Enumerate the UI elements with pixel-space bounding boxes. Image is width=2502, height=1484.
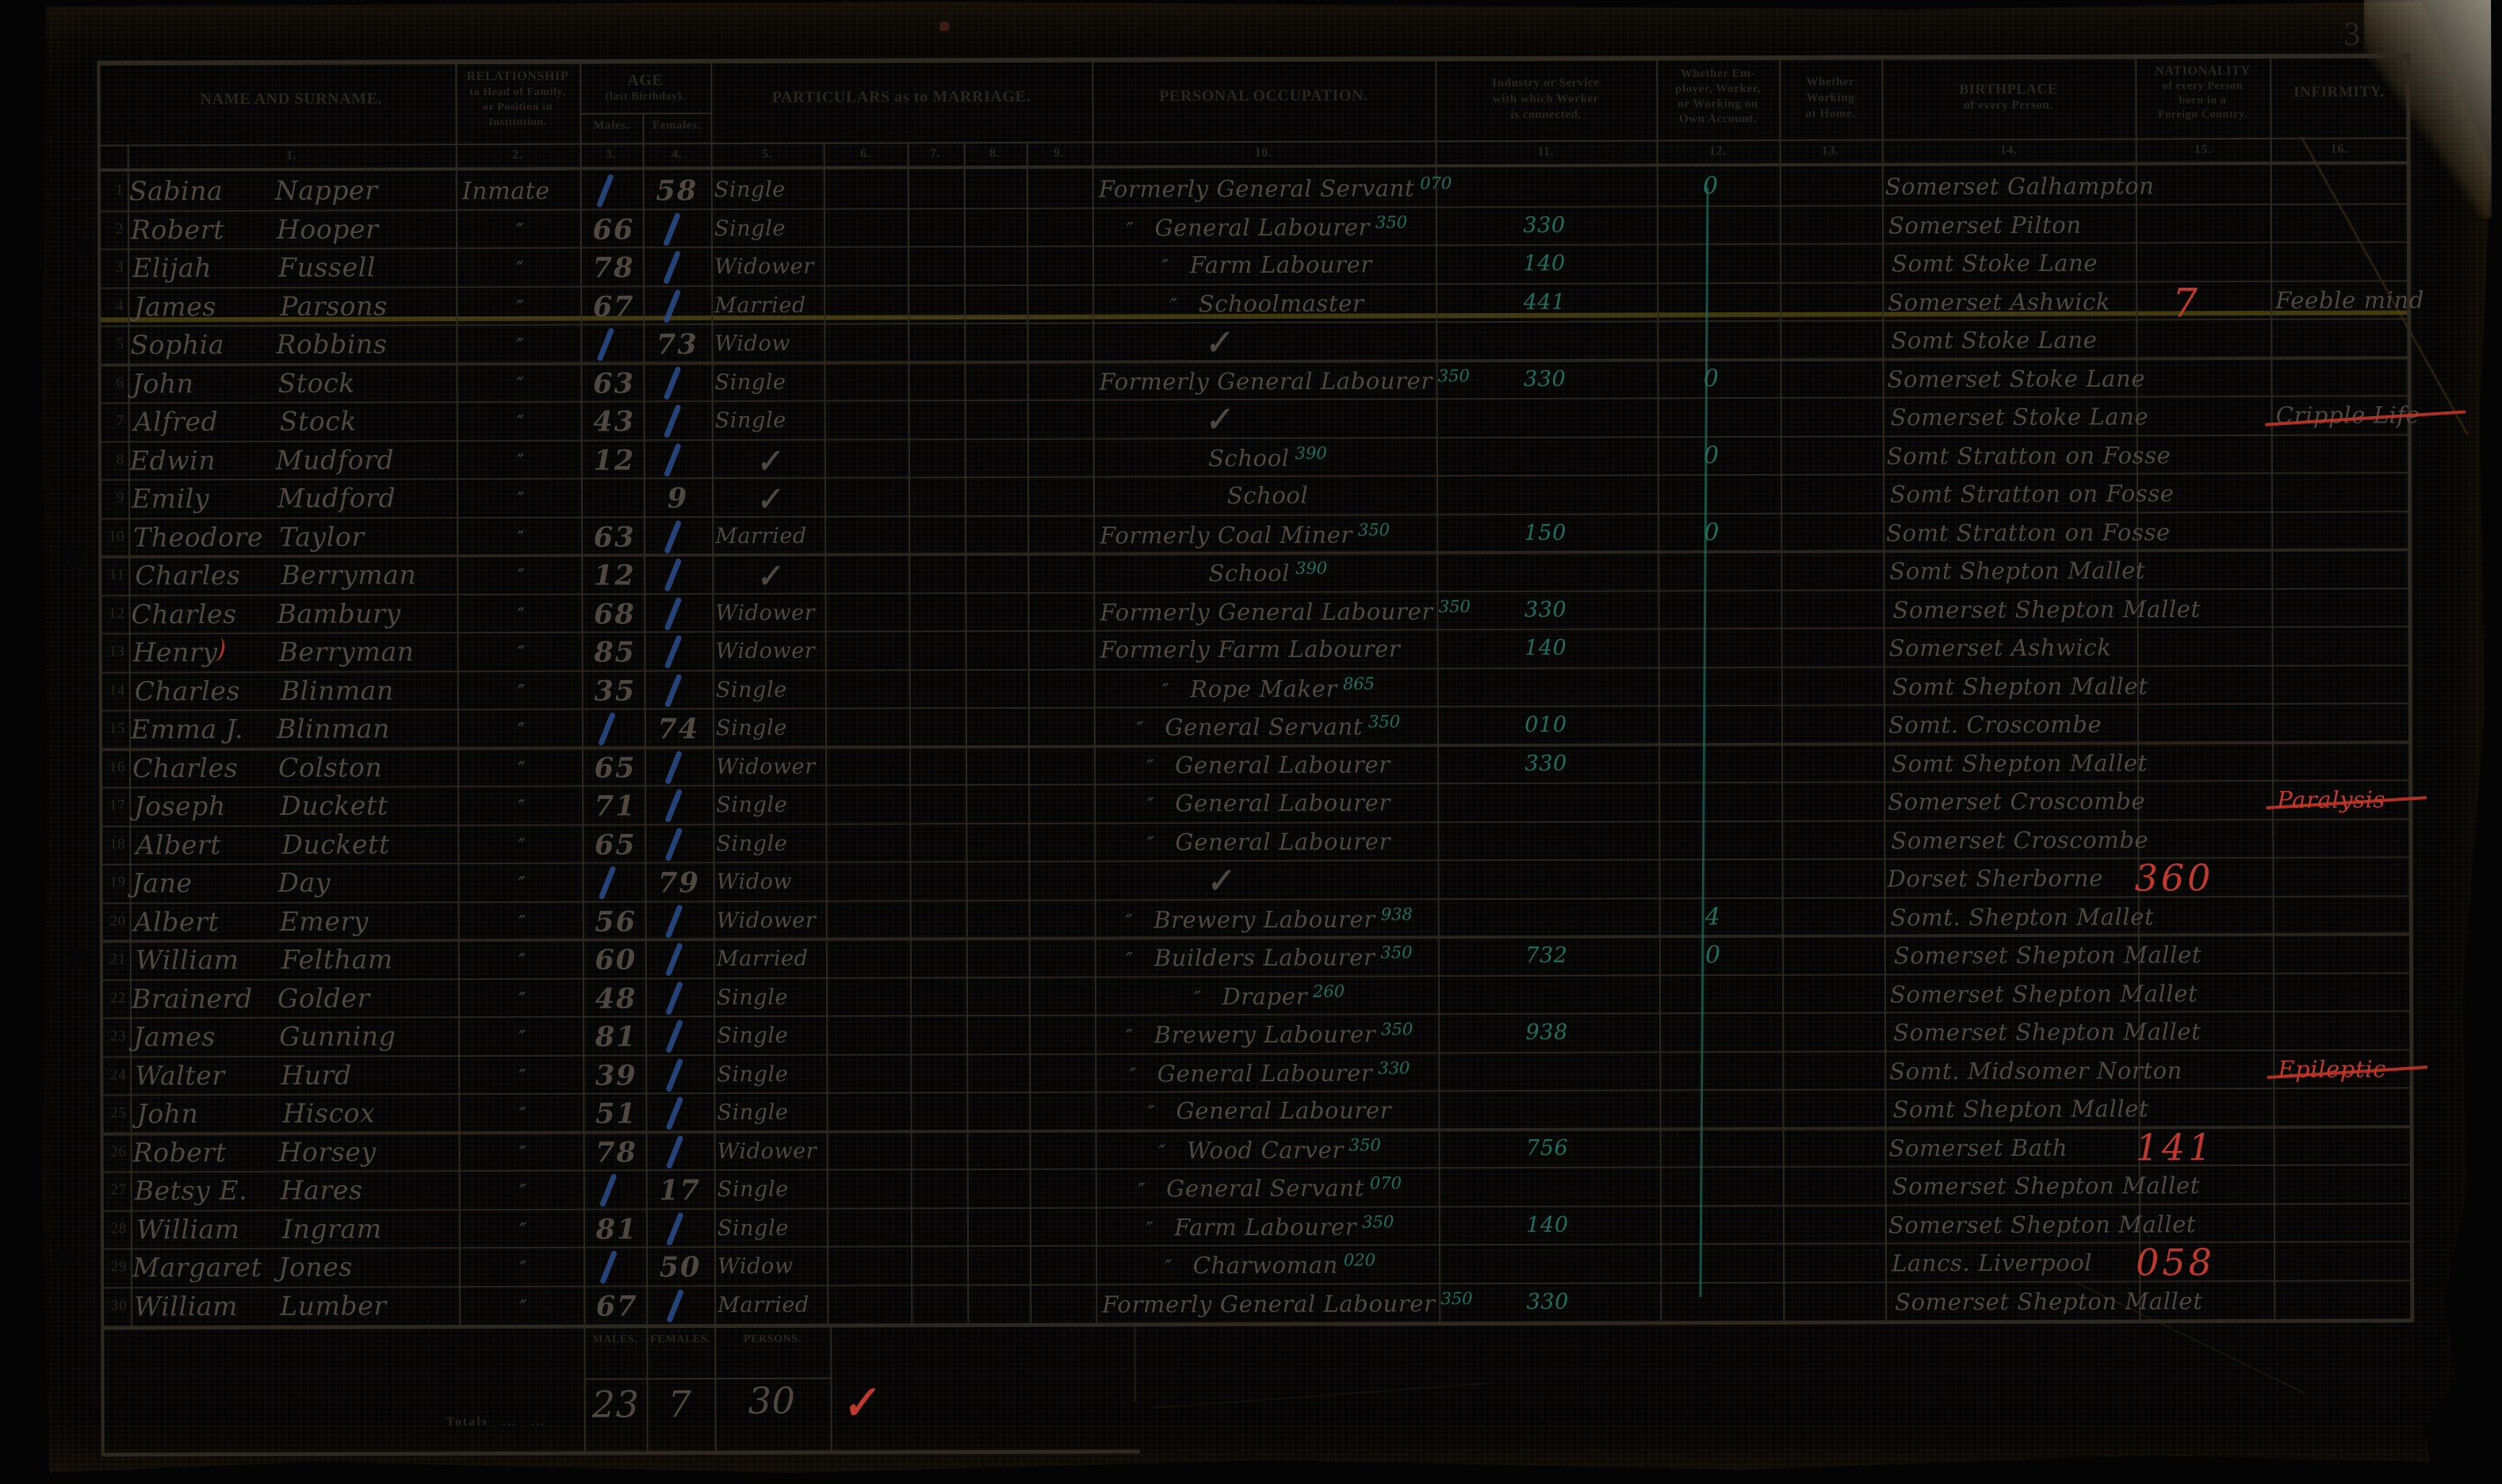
header-relationship: RELATIONSHIP to Head of Family, or Posit… [455,69,580,130]
surname: Berryman [281,559,416,591]
employer-code: 0 [1687,172,1735,200]
occupation-cell: School390 [1100,443,1436,472]
row-number: 5 [98,335,124,353]
surname: Feltham [281,943,393,974]
grid-line-v [643,113,645,143]
row-number: 3 [98,258,124,276]
row-number: 23 [101,1027,126,1045]
row-number: 4 [98,297,124,315]
grid-line-v [1779,55,1781,140]
column-number: 5. [736,147,799,162]
relationship-ditto: ″ [506,680,538,702]
occupation-code: 350 [1380,943,1412,962]
relationship-ditto: ″ [507,1180,539,1203]
first-name: Edwin [130,445,216,476]
age-female: 74 [650,713,707,745]
marriage-cell: Single [717,1215,789,1240]
hole-punch-3 [67,948,89,967]
marriage-cell: Widower [717,908,817,932]
occupation-cell: ″Wood Carver350 [1102,1135,1438,1164]
occupation-code: 330 [1378,1058,1410,1077]
totals-males-value: 23 [586,1383,646,1425]
first-name: James [133,1021,216,1052]
column-number: 10. [1232,146,1295,160]
row-number: 19 [101,874,126,891]
first-name: Charles [135,560,240,591]
marriage-cell: Single [717,1061,788,1086]
birthplace-cell: Somt Stoke Lane [1892,250,2098,277]
grid-line-v [1881,55,1883,139]
ink-speck [939,21,949,31]
birthplace-cell: Somt Stratton on Fosse [1887,442,2171,469]
marriage-cell: Widower [715,600,815,625]
relationship-ditto: ″ [505,526,537,549]
occupation-cell: ″General Servant070 [1102,1173,1438,1202]
marriage-check-mark: ✓ [735,477,802,521]
marriage-cell: Single [717,1177,789,1202]
column-number: 3. [580,147,643,162]
surname: Duckett [281,828,390,859]
column-number: 9. [1027,147,1091,161]
relationship-ditto: ″ [505,603,537,625]
row-number: 1 [98,182,124,199]
birthplace-cell: Somt. Croscombe [1888,711,2102,739]
column-number: 4. [645,147,709,162]
first-name: William [136,944,239,975]
industry-code: 010 [1459,712,1633,737]
first-name: Elijah [132,252,212,283]
age-slash [598,712,616,746]
employer-code: 4 [1689,903,1737,931]
industry-code: 330 [1457,212,1632,238]
birthplace-cell: Somerset Shepton Mallet [1892,595,2200,623]
age-male: 43 [586,405,643,438]
first-name: Sabina [129,175,224,206]
grid-line-v [2136,138,2137,166]
birthplace-cell: Somt Shepton Mallet [1892,749,2148,777]
age-male: 35 [587,675,644,707]
totals-line-v [830,1324,832,1454]
header-home: Whether Working at Home. [1781,75,1880,122]
header-employer: Whether Em- ployer, Worker, or Working o… [1658,67,1777,127]
grid-line-v [1092,58,1093,142]
occupation-code: 350 [1349,1135,1381,1154]
relationship-ditto: ″ [505,449,537,472]
row-number: 8 [99,451,124,469]
column-number: 11. [1514,145,1578,159]
surname: Stock [278,367,355,398]
occupation-code: 350 [1381,1019,1413,1038]
age-male: 48 [587,982,645,1015]
hole-punch-4 [55,1249,76,1267]
surname: Hiscox [282,1097,375,1128]
occupation-cell: Formerly Farm Labourer [1100,635,1437,663]
age-slash [666,1288,684,1322]
age-slash [664,635,683,669]
first-name: Albert [134,906,220,937]
age-male: 66 [585,213,642,246]
age-male: 85 [587,636,644,668]
age-male: 81 [587,1020,645,1053]
occupation-code: 070 [1370,1173,1402,1192]
occupation-cell: ″General Labourer [1100,828,1437,855]
relationship-ditto: ″ [507,1142,539,1164]
row-number: 27 [101,1181,127,1199]
marriage-cell: Single [715,408,786,433]
surname: Hurd [281,1059,351,1090]
age-slash [664,789,683,823]
wrinkle-line-2 [1152,1383,1484,1409]
first-name: Robert [131,214,224,245]
industry-code: 330 [1458,597,1632,622]
surname: Robbins [276,328,387,359]
relationship-ditto: ″ [507,1065,538,1087]
relationship-ditto: ″ [506,719,538,741]
first-name: Jane [132,867,192,898]
occupation-cell: ″Brewery Labourer938 [1101,905,1437,933]
first-name: Emily [132,483,209,514]
marriage-cell: Single [716,831,787,855]
relationship-ditto: ″ [506,834,538,856]
industry-code: 732 [1459,943,1634,968]
occupation-cell: ″Farm Labourer350 [1102,1212,1438,1241]
marriage-cell: Single [714,178,786,202]
first-name: Charles [131,599,236,629]
relationship-ditto: ″ [507,1295,539,1318]
first-name: Walter [135,1060,225,1091]
birthplace-cell: Somerset Pilton [1888,211,2082,239]
grid-line [100,161,2408,171]
surname: Horsey [279,1136,377,1167]
age-male: 65 [587,828,644,861]
header-age-sub: (last Birthday). [581,90,709,104]
marriage-cell: Single [717,1100,788,1125]
surname: Gunning [279,1020,396,1051]
surname: Fussell [278,251,376,282]
census-form: 3 NAME AND SURNAME. RELATIONSHIP to Head… [0,0,2502,1484]
occupation-cell: ″Farm Labourer [1099,251,1435,278]
birthplace-cell: Dorset Sherborne [1887,865,2102,893]
first-name: Sophia [130,329,224,360]
surname: Ingram [282,1213,382,1244]
age-female: 17 [652,1174,709,1207]
age-female: 79 [650,866,707,899]
surname: Emery [280,905,369,936]
marriage-cell: Widower [716,639,816,664]
relationship-ditto: ″ [505,565,537,587]
totals-males-label: MALES. [585,1333,645,1346]
first-name: William [134,1291,238,1321]
column-number: 13. [1799,144,1862,159]
age-male: 56 [587,905,645,938]
age-slash [599,1250,618,1284]
infirmity-cell: Feeble mind [2275,286,2424,314]
row-number: 28 [101,1220,127,1237]
age-slash [663,212,681,246]
birthplace-cell: Somerset Stoke Lane [1891,403,2149,430]
first-name: Charles [135,675,240,706]
first-name: Robert [133,1137,227,1168]
employer-code: 0 [1688,442,1735,469]
first-name: James [134,291,216,322]
age-slash [666,1211,684,1245]
marriage-cell: Widow [714,331,790,356]
header-marriage: PARTICULARS as to MARRIAGE. [712,88,1090,107]
relationship-ditto: ″ [507,1257,539,1279]
surname: Hares [281,1175,363,1206]
employer-code: 0 [1688,365,1735,392]
age-slash [599,866,617,900]
scan-background: 3 NAME AND SURNAME. RELATIONSHIP to Head… [0,0,2502,1484]
employer-code: 0 [1689,941,1737,969]
birthplace-cell: Somerset Shepton Mallet [1894,941,2202,969]
first-name: Joseph [134,790,226,821]
relationship-ditto: ″ [506,796,538,818]
row-number: 20 [101,912,126,930]
marriage-cell: Married [714,293,806,317]
age-male: 78 [588,1136,645,1168]
grid-line-v [456,143,457,171]
age-male: 63 [586,367,643,400]
first-name: Charles [132,752,238,783]
birthplace-cell: Somt Shepton Mallet [1892,1095,2148,1123]
relationship-ditto: ″ [504,219,536,241]
grid-line-v [128,144,129,172]
grid-line-top [99,53,2408,65]
occupation-check-mark: ✓ [1203,861,1235,901]
totals-bottom [104,1449,1140,1456]
relationship-ditto: ″ [507,950,538,972]
grid-line [580,113,711,115]
grid-line-v [711,143,713,170]
occupation-cell: ″Brewery Labourer350 [1101,1019,1437,1048]
occupation-cell: ″General Labourer [1100,751,1437,778]
occupation-cell: ″General Labourer [1101,1096,1437,1124]
occupation-code: 260 [1313,981,1345,1000]
header-name-surname: NAME AND SURNAME. [127,90,455,109]
age-slash [666,1134,684,1168]
column-number: 6. [834,147,897,161]
age-male: 51 [587,1097,645,1130]
grid-line-v [2270,54,2271,138]
row-number: 25 [101,1104,126,1122]
relationship-ditto: ″ [507,911,538,933]
header-males: Males. [582,119,641,132]
row-number: 18 [100,836,125,853]
age-male: 65 [587,752,644,784]
grid-line [100,137,2408,146]
surname: Mudford [277,482,396,513]
surname: Colston [278,752,382,782]
grid-border-right [2406,53,2414,1321]
surname: Bambury [277,598,400,629]
occupation-cell: ″Rope Maker865 [1100,674,1437,702]
header-occupation: PERSONAL OCCUPATION. [1093,86,1433,105]
first-name: Albert [136,829,221,860]
age-slash [665,904,683,938]
column-number: 12. [1686,144,1750,159]
occupation-check-mark: ✓ [1202,400,1234,440]
row-number: 10 [99,528,124,545]
grid-line-v [2271,138,2272,166]
age-female: 58 [648,174,706,207]
employer-code: 0 [1688,518,1735,546]
row-number: 9 [99,489,124,507]
surname: Napper [275,174,378,205]
industry-code: 441 [1457,289,1632,315]
marriage-cell: Married [717,947,809,971]
column-number: 7. [904,147,967,161]
row-number: 15 [100,720,125,737]
totals-females-value: 7 [646,1383,714,1425]
occupation-cell: School [1100,481,1436,509]
occupation-cell: ″Charwoman020 [1102,1250,1438,1279]
birthplace-cell: Somerset Shepton Mallet [1895,1287,2202,1315]
row-number: 29 [101,1258,127,1276]
occupation-cell: Formerly General Labourer350 [1100,366,1436,395]
age-slash [664,750,683,784]
age-male: 63 [586,521,643,553]
occupation-cell: ″General Servant350 [1100,712,1437,740]
surname: Mudford [276,444,394,475]
age-slash [665,1019,683,1054]
age-slash [664,673,683,707]
grid-line-v [1656,55,1658,140]
marriage-cell: Single [716,716,787,740]
industry-code: 330 [1460,1289,1635,1314]
age-female: 9 [649,482,706,514]
totals-check-mark: ✓ [838,1375,880,1430]
occupation-cell: ″General Labourer [1100,789,1437,817]
grid-line-v [643,143,645,170]
row-number: 14 [100,682,125,699]
age-slash [666,1096,684,1130]
relationship-ditto: ″ [504,258,536,280]
first-name: John [136,1098,198,1129]
first-name: Betsy E. [135,1175,248,1206]
birthplace-cell: Somerset Ashwick [1889,634,2112,662]
hole-punch-2 [62,547,86,568]
age-male: 78 [585,251,642,284]
surname: Blinman [281,675,394,706]
birthplace-cell: Somt. Midsomer Norton [1889,1057,2183,1084]
occupation-cell: ″General Labourer330 [1101,1058,1437,1087]
surname: Taylor [279,521,365,552]
row-number: 12 [99,605,124,622]
age-male: 67 [588,1290,645,1322]
occupation-check-mark: ✓ [1202,323,1234,363]
occupation-code: 350 [1368,712,1400,731]
birthplace-cell: Somt. Shepton Mallet [1891,903,2155,931]
occupation-cell: Formerly General Servant070 [1099,174,1435,202]
marriage-cell: Single [716,793,787,817]
occupation-cell: ″Draper260 [1101,981,1437,1010]
industry-code: 140 [1460,1212,1635,1237]
totals-persons-label: PERSONS. [716,1333,828,1346]
age-slash [665,1058,683,1092]
header-females: Females. [645,119,710,132]
first-name: John [132,368,194,399]
grid-line-v [1435,56,1437,140]
occupation-code: 350 [1358,520,1390,539]
marriage-cell: Single [715,369,786,394]
grid-line-v [455,59,457,143]
column-number: 16. [2308,143,2371,157]
grid-line-v [1780,140,1781,167]
birthplace-cell: Somt Shepton Mallet [1892,672,2148,700]
row-number: 7 [99,412,124,430]
column-number: 15. [2171,143,2235,157]
occupation-code: 020 [1344,1251,1375,1270]
marriage-cell: Single [717,985,788,1009]
age-male: 60 [587,943,645,976]
column-number: 2. [486,148,549,163]
age-slash [664,519,682,553]
occupation-code: 350 [1375,212,1407,231]
occupation-code: 390 [1295,443,1327,462]
age-male: 12 [586,559,643,591]
surname: Duckett [280,790,388,820]
birthplace-cell: Somt Stoke Lane [1891,327,2097,354]
relationship-ditto: ″ [507,873,538,895]
occupation-cell: Formerly General Labourer350 [1100,597,1436,625]
header-age: AGE [581,71,709,90]
surname: Parsons [280,290,387,321]
totals-persons-value: 30 [716,1379,828,1422]
occupation-cell: Formerly Coal Miner350 [1100,520,1436,549]
marriage-cell: Widower [717,1138,817,1163]
relationship-ditto: ″ [504,335,536,357]
occupation-code: 070 [1420,174,1452,193]
birthplace-cell: Somerset Shepton Mallet [1893,1018,2201,1046]
grid-line-v [824,143,825,170]
marriage-cell: Single [717,1023,788,1048]
industry-code: 330 [1458,366,1632,392]
birthplace-cell: Somt Stratton on Fosse [1886,518,2171,546]
age-male: 68 [586,598,643,630]
row-number: 22 [101,989,126,1007]
marriage-cell: Widower [716,754,816,778]
industry-code: 150 [1458,520,1632,545]
surname: Stock [280,406,357,437]
birthplace-cell: Somerset Croscombe [1891,826,2148,854]
relationship-cell: Inmate [462,178,550,205]
relationship-ditto: ″ [506,757,538,779]
age-slash [665,943,683,977]
marriage-cell: Single [716,677,787,702]
birthplace-cell: Somerset Shepton Mallet [1890,980,2198,1008]
occupation-code: 390 [1295,559,1327,578]
row-number: 6 [99,374,124,392]
birthplace-cell: Somerset Shepton Mallet [1888,1211,2196,1238]
hole-punch-1 [73,238,94,255]
birthplace-cell: Somerset Ashwick [1888,288,2110,316]
relationship-ditto: ″ [507,1027,538,1049]
first-name: William [136,1214,240,1245]
relationship-ditto: ″ [505,411,537,434]
column-number: 14. [1977,143,2041,158]
marriage-cell: Married [717,1292,809,1317]
industry-code: 140 [1457,251,1632,276]
surname: Blinman [277,713,390,744]
first-name: Emma J. [131,713,243,744]
first-name: Alfred [134,406,219,437]
surname: Jones [278,1252,353,1283]
row-number: 24 [101,1066,126,1084]
marriage-cell: Widow [717,1254,794,1279]
occupation-cell: ″General Labourer350 [1099,212,1435,241]
row-number: 26 [101,1143,127,1161]
